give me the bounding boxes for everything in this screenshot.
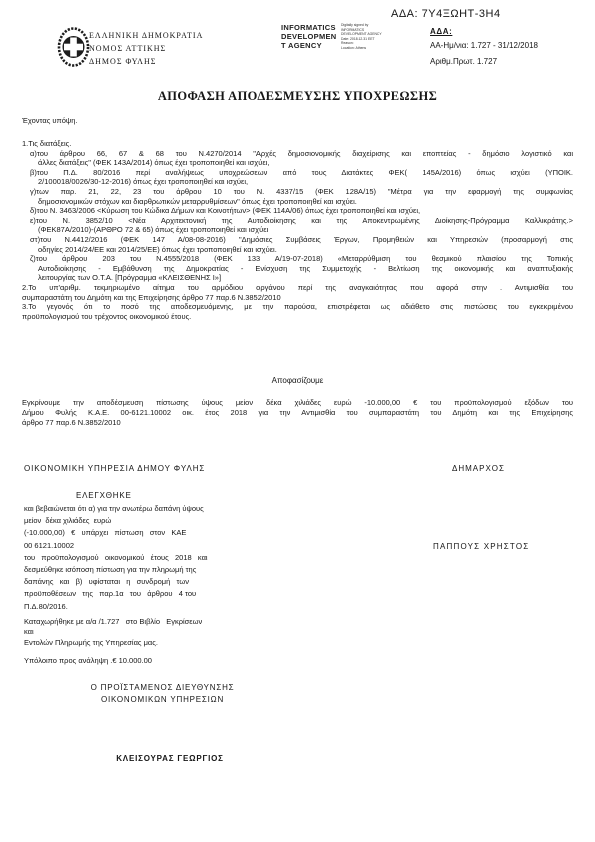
audit-line: του προϋπολογισμού οικονομικού έτους 201… xyxy=(24,552,208,564)
body-line: άρθρο 77 παρ.6 Ν.3852/2010 xyxy=(22,418,573,428)
ada-code-top: ΑΔΑ: 7Υ4ΞΩΗΤ-3Η4 xyxy=(391,8,501,20)
body-line: ε)του Ν. 3852/10 <Νέα Αρχιτεκτονική της … xyxy=(22,216,573,226)
body-line: α)του άρθρου 66, 67 & 68 του Ν.4270/2014… xyxy=(22,149,573,159)
hellenic-republic-emblem-icon xyxy=(57,26,90,68)
audit-line: και βεβαιώνεται ότι α) για την ανωτέρω δ… xyxy=(24,503,208,515)
stamp-detail-line: Location: Athens xyxy=(341,46,382,51)
body-line: 3.Το γεγονός ότι το ποσό της αποδεσμευόμ… xyxy=(22,302,573,312)
document-page: ΑΔΑ: 7Υ4ΞΩΗΤ-3Η4 ΕΛΛΗΝΙΚΗ ΔΗΜΟΚΡΑΤΙΑ ΝΟΜ… xyxy=(0,0,595,842)
body-line: 1.Τις διατάξεις. xyxy=(22,139,573,149)
finance-director-name: ΚΛΕΙΣΟΥΡΑΣ ΓΕΩΡΓΙΟΣ xyxy=(55,754,285,763)
registry-line: και xyxy=(24,627,202,637)
body-line: στ)του Ν.4412/2016 (ΦΕΚ 147 Α/08-08-2016… xyxy=(22,235,573,245)
mayor-name: ΠΑΠΠΟΥΣ ΧΡΗΣΤΟΣ xyxy=(433,542,529,551)
document-title: ΑΠΟΦΑΣΗ ΑΠΟΔΕΣΜΕΥΣΗΣ ΥΠΟΧΡΕΩΣΗΣ xyxy=(0,89,595,104)
body-line: Δήμου Φυλής Κ.Α.Ε. 00-6121.10002 οικ. έτ… xyxy=(22,408,573,418)
body-line: β)του Π.Δ. 80/2016 περί αναλήψεως υποχρε… xyxy=(22,168,573,178)
digital-signature-agency-stamp: INFORMATICS DEVELOPMEN T AGENCY xyxy=(281,23,337,50)
body-line: συμπαραστάτη του Δημότη και της Επιχείρη… xyxy=(22,293,573,303)
protocol-number-line: Αριθμ.Πρωτ. 1.727 xyxy=(430,57,538,66)
body-line: ζ)του άρθρου 203 του Ν.4555/2018 (ΦΕΚ 13… xyxy=(22,254,573,264)
stamp-agency-line: T AGENCY xyxy=(281,41,337,50)
body-line: γ)των παρ. 21, 22, 23 του άρθρου 10 του … xyxy=(22,187,573,197)
body-line: λειτουργίας των Ο.Τ.Α. [Πρόγραμμα «ΚΛΕΙΣ… xyxy=(22,273,573,283)
org-line-republic: ΕΛΛΗΝΙΚΗ ΔΗΜΟΚΡΑΤΙΑ xyxy=(89,30,203,43)
body-line: άλλες διατάξεις" (ΦΕΚ 143Α/2014) όπως έχ… xyxy=(22,158,573,168)
body-line: (ΦΕΚ87Α/2010)-(ΑΡΘΡΟ 72 & 65) όπως έχει … xyxy=(22,225,573,235)
finance-director-role: Ο ΠΡΟΪΣΤΑΜΕΝΟΣ ΔΙΕΥΘΥΝΣΗΣ ΟΙΚΟΝΟΜΙΚΩΝ ΥΠ… xyxy=(55,682,270,706)
audit-line: δαπάνης και β) υφίσταται η συνδρομή των xyxy=(24,576,208,588)
issuing-authority-block: ΕΛΛΗΝΙΚΗ ΔΗΜΟΚΡΑΤΙΑ ΝΟΜΟΣ ΑΤΤΙΚΗΣ ΔΗΜΟΣ … xyxy=(89,30,203,68)
registry-line: Εντολών Πληρωμής της Υπηρεσίας μας. xyxy=(24,638,202,648)
finance-department-label: ΟΙΚΟΝΟΜΙΚΗ ΥΠΗΡΕΣΙΑ ΔΗΜΟΥ ΦΥΛΗΣ xyxy=(24,464,205,473)
checked-heading: ΕΛΕΓΧΘΗΚΕ xyxy=(76,491,132,500)
header-meta-block: ΑΔΑ: ΑΑ-Ημ/νια: 1.727 - 31/12/2018 Αριθμ… xyxy=(430,27,538,66)
digital-signature-details: Digitally signed by INFORMATICS DEVELOPM… xyxy=(341,23,382,51)
aa-date-line: ΑΑ-Ημ/νια: 1.727 - 31/12/2018 xyxy=(430,41,538,50)
preamble: Έχοντας υπόψη. xyxy=(22,116,77,125)
decision-paragraph: Εγκρίνουμε την αποδέσμευση πίστωσης ύψου… xyxy=(22,398,573,428)
body-line: δημοσιονομικών στόχων και διαρθρωτικών μ… xyxy=(22,197,573,207)
registry-note-block: Καταχωρήθηκε με α/α /1.727 στο Βιβλίο Εγ… xyxy=(24,617,202,648)
finance-director-role-line: Ο ΠΡΟΪΣΤΑΜΕΝΟΣ ΔΙΕΥΘΥΝΣΗΣ xyxy=(55,682,270,694)
mayor-role-label: ΔΗΜΑΡΧΟΣ xyxy=(452,464,505,473)
finance-director-role-line: ΟΙΚΟΝΟΜΙΚΩΝ ΥΠΗΡΕΣΙΩΝ xyxy=(55,694,270,706)
audit-line: 00 6121.10002 xyxy=(24,540,208,552)
registry-line: Καταχωρήθηκε με α/α /1.727 στο Βιβλίο Εγ… xyxy=(24,617,202,627)
considerations-block: 1.Τις διατάξεις. α)του άρθρου 66, 67 & 6… xyxy=(22,139,573,321)
audit-line: δεσμεύθηκε ισόποση πίστωση για την πληρω… xyxy=(24,564,208,576)
audit-line: Π.Δ.80/2016. xyxy=(24,601,208,613)
ada-label: ΑΔΑ: xyxy=(430,27,538,36)
decision-heading: Αποφασίζουμε xyxy=(0,376,595,385)
body-line: οδηγίες 2014/24/ΕΕ και 2014/25/ΕΕ) όπως … xyxy=(22,245,573,255)
body-line: 2.Το υπ'αριθμ. τεκμηριωμένο αίτημα του α… xyxy=(22,283,573,293)
body-line: Αυτοδιοίκησης - Εμβάθυνση της Δημοκρατία… xyxy=(22,264,573,274)
body-line: Εγκρίνουμε την αποδέσμευση πίστωσης ύψου… xyxy=(22,398,573,408)
audit-certification-block: και βεβαιώνεται ότι α) για την ανωτέρω δ… xyxy=(24,503,208,613)
audit-line: προϋποθέσεων της παρ.1α του άρθρου 4 του xyxy=(24,588,208,600)
stamp-agency-line: INFORMATICS xyxy=(281,23,337,32)
org-line-municipality: ΔΗΜΟΣ ΦΥΛΗΣ xyxy=(89,56,203,69)
body-line: προϋπολογισμού του τρέχοντος οικονομικού… xyxy=(22,312,573,322)
audit-line: (-10.000,00) € υπάρχει πίστωση στον ΚΑΕ xyxy=(24,527,208,539)
body-line: 2/100018/0026/30-12-2016) όπως έχει τροπ… xyxy=(22,177,573,187)
body-line: δ)του Ν. 3463/2006 <Κύρωση του Κώδικα Δή… xyxy=(22,206,573,216)
stamp-agency-line: DEVELOPMEN xyxy=(281,32,337,41)
remaining-balance-line: Υπόλοιπο προς ανάληψη .€ 10.000.00 xyxy=(24,656,152,665)
audit-line: μείον δέκα χιλιάδες ευρώ xyxy=(24,515,208,527)
org-line-prefecture: ΝΟΜΟΣ ΑΤΤΙΚΗΣ xyxy=(89,43,203,56)
